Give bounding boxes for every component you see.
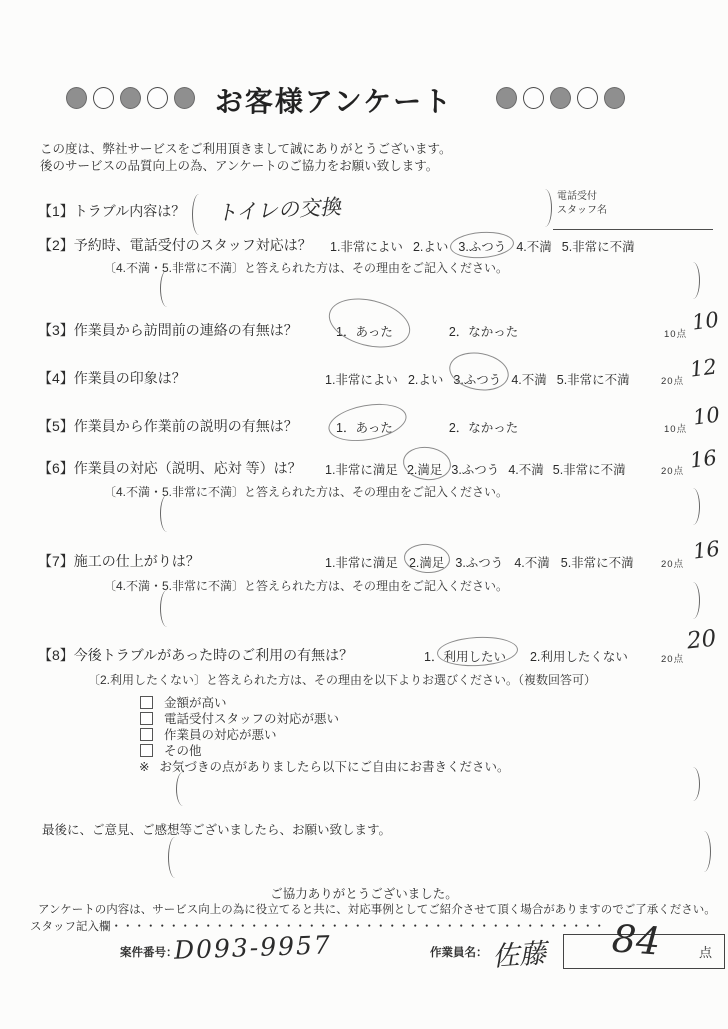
q6-options: 1.非常に満足2.満足3.ふつう4.不満5.非常に不満 [325,460,626,478]
q5-handwritten-score: 10 [692,402,721,429]
phone-staff-label-line1: 電話受付 [557,190,607,204]
close-paren-icon [686,488,700,525]
q5-label: 【5】作業員から作業前の説明の有無は？ [38,416,298,436]
q4-points-label: 20点 [661,373,684,387]
q8-label: 【8】今後トラブルがあった時のご利用の有無は？ [38,645,353,665]
answer-option: 2.利用したくない [530,647,628,665]
q6-handwritten-score: 16 [689,445,718,472]
total-score-handwritten: 84 [611,916,662,963]
filled-circle-icon [604,87,625,109]
answer-option: 3.ふつう [451,460,499,478]
intro-line1: この度は、弊社サービスをご利用頂きまして誠にありがとうございます。 [40,141,452,158]
answer-option: 1.非常によい [330,237,403,255]
decorative-circles-left [66,87,201,109]
answer-option: 2．なかった [449,418,518,436]
outline-circle-icon [577,87,598,109]
case-number-handwritten: D093-9957 [174,930,333,964]
answer-option: 4.不満 [514,553,549,571]
filled-circle-icon [174,87,195,109]
decorative-circles-right [496,87,631,109]
phone-staff-label-line2: スタッフ名 [557,204,607,218]
answer-option: 2．なかった [449,322,518,340]
worker-name-handwritten: 佐藤 [491,931,548,974]
open-paren-icon [160,270,174,307]
answer-option: 5.非常に不満 [553,460,626,478]
intro-line2: 後のサービスの品質向上の為、アンケートのご協力をお願い致します。 [40,158,452,175]
answer-option-circled: 1．利用したい [424,647,506,665]
q7-label: 【7】施工の仕上がりは？ [38,551,200,571]
answer-option-circled: 2.満足 [407,460,442,478]
close-paren-icon [686,767,700,801]
q5-options: 1．あった2．なかった [336,418,518,436]
reference-mark-icon: ※ [139,759,149,774]
open-paren-icon [168,837,182,878]
answer-option: 3.ふつう [455,553,503,571]
q3-options: 1．あった2．なかった [336,322,518,340]
q8-options: 1．利用したい2.利用したくない [424,647,628,665]
close-paren-icon [686,582,700,619]
filled-circle-icon [120,87,141,109]
filled-circle-icon [496,87,517,109]
answer-option: 5.非常に不満 [562,237,635,255]
case-number-label: 案件番号： [120,944,178,960]
disclaimer-text: アンケートの内容は、サービス向上の為に役立てると共に、対応事例としてご紹介させて… [38,901,716,917]
q3-handwritten-score: 10 [691,307,720,334]
answer-option: 2.よい [408,370,443,388]
answer-option-circled: 3.ふつう [453,370,501,388]
q4-label: 【4】作業員の印象は？ [38,368,186,388]
answer-option: 4.不満 [516,237,551,255]
q3-points-label: 10点 [664,326,687,340]
answer-option-circled: 1．あった [336,322,393,340]
q4-handwritten-score: 12 [689,354,718,381]
q6-label: 【6】作業員の対応（説明、応対 等）は？ [38,458,302,478]
open-paren-icon [176,772,190,806]
q7-points-label: 20点 [661,556,684,570]
open-paren-icon [160,495,174,532]
final-comment-label: 最後に、ご意見、ご感想等ございましたら、お願い致します。 [42,820,391,838]
q8-reason-note: 〔2.利用したくない〕と答えられた方は、その理由を以下よりお選びください。（複数… [88,671,596,688]
answer-option-circled: 1．あった [336,418,393,436]
q1-handwritten-answer: トイレの交換 [215,191,341,227]
checkbox-icon [140,744,153,757]
answer-option: 1.非常に満足 [325,460,398,478]
filled-circle-icon [66,87,87,109]
answer-option: 5.非常に不満 [557,370,630,388]
q4-options: 1.非常によい2.よい3.ふつう4.不満5.非常に不満 [325,370,630,388]
worker-name-label: 作業員名： [430,944,488,960]
open-paren-icon [192,194,206,235]
answer-option: 4.不満 [511,370,546,388]
outline-circle-icon [523,87,544,109]
answer-option-circled: 3.ふつう [458,237,506,255]
q7-handwritten-score: 16 [692,536,721,563]
checkbox-icon [140,712,153,725]
close-paren-icon [686,262,700,299]
thanks-message: ご協力ありがとうございました。 [0,884,728,902]
answer-option: 4.不満 [508,460,543,478]
q7-options: 1.非常に満足2.満足3.ふつう4.不満5.非常に不満 [325,553,634,571]
score-unit-label: 点 [699,942,712,961]
filled-circle-icon [550,87,571,109]
q5-points-label: 10点 [664,421,687,435]
open-paren-icon [160,590,174,627]
checkbox-icon [140,728,153,741]
outline-circle-icon [93,87,114,109]
q2-label: 【2】予約時、電話受付のスタッフ対応は？ [38,235,312,255]
q2-options: 1.非常によい2.よい3.ふつう4.不満5.非常に不満 [330,237,635,255]
q6-points-label: 20点 [661,463,684,477]
q3-label: 【3】作業員から訪問前の連絡の有無は？ [38,320,298,340]
outline-circle-icon [147,87,168,109]
close-paren-icon [697,831,711,872]
answer-option-circled: 2.満足 [409,553,444,571]
checkbox-icon [140,696,153,709]
answer-option: 5.非常に不満 [561,553,634,571]
answer-option: 1.非常に満足 [325,553,398,571]
q8-free-note: お気づきの点がありましたら以下にご自由にお書きください。 [159,757,509,775]
staff-section-label: スタッフ記入欄 [30,921,111,933]
answer-option: 2.よい [413,237,448,255]
answer-option: 1.非常によい [325,370,398,388]
q8-handwritten-score: 20 [686,626,718,655]
q8-points-label: 20点 [661,651,684,665]
q1-label: 【1】トラブル内容は？ [38,201,185,221]
close-paren-icon [538,189,552,227]
scanned-survey-form: お客様アンケート この度は、弊社サービスをご利用頂きまして誠にありがとうございま… [0,0,728,1029]
page-title: お客様アンケート [212,80,456,120]
phone-staff-write-line [553,229,713,230]
